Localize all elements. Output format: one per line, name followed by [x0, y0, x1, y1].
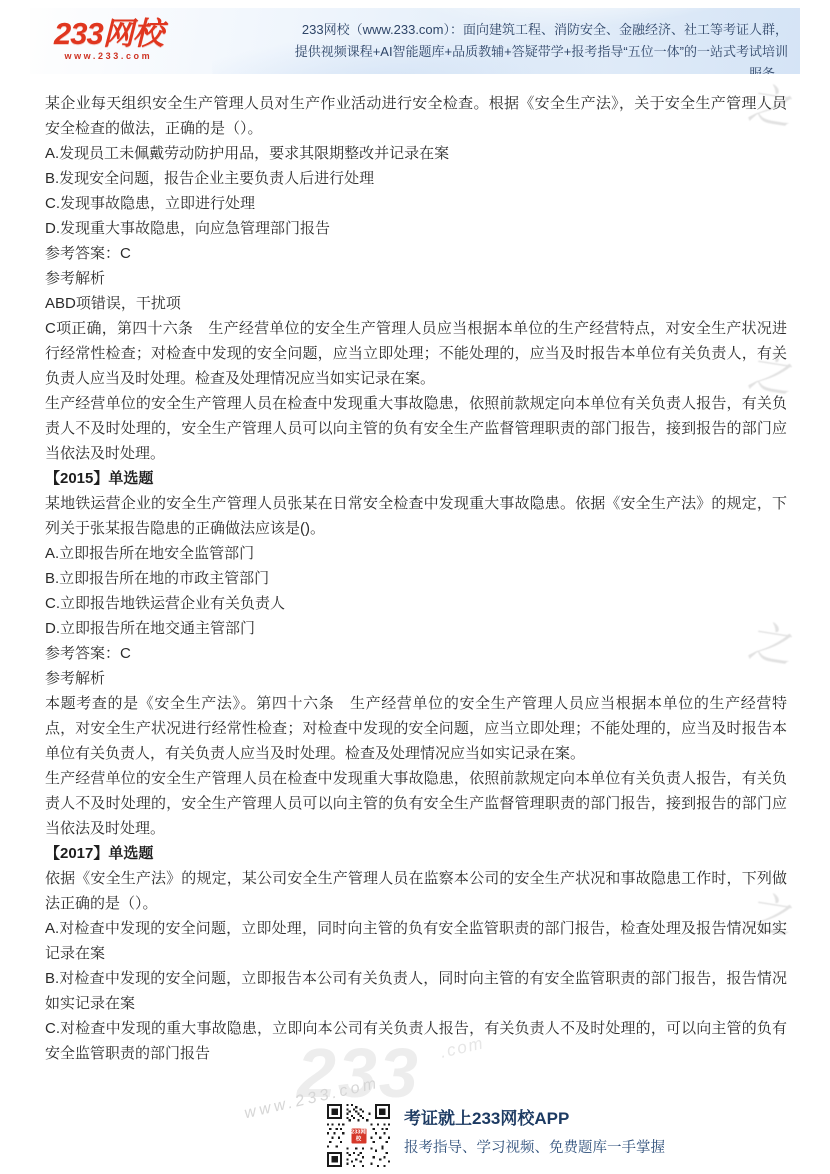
reference-answer: 参考答案：C	[45, 241, 787, 266]
question-option-d: D.发现重大事故隐患，向应急管理部门报告	[45, 216, 787, 241]
site-tagline-line1: 233网校（www.233.com）：面向建筑工程、消防安全、金融经济、社工等考…	[283, 19, 788, 41]
question-option-a: A.发现员工未佩戴劳动防护用品，要求其限期整改并记录在案	[45, 141, 787, 166]
analysis-paragraph: 生产经营单位的安全生产管理人员在检查中发现重大事故隐患，依照前款规定向本单位有关…	[45, 391, 787, 466]
site-tagline-line2: 提供视频课程+AI智能题库+品质教辅+答疑带学+报考指导“五位一体”的一站式考试…	[283, 41, 788, 74]
question-option-c: C.立即报告地铁运营企业有关负责人	[45, 591, 787, 616]
question-option-b: B.发现安全问题，报告企业主要负责人后进行处理	[45, 166, 787, 191]
site-header-banner: 233网校 www.233.com 233网校（www.233.com）：面向建…	[30, 8, 800, 74]
analysis-paragraph: 生产经营单位的安全生产管理人员在检查中发现重大事故隐患，依照前款规定向本单位有关…	[45, 766, 787, 841]
question-option-b: B.对检查中发现的安全问题，立即报告本公司有关负责人，同时向主管的有安全监管职责…	[45, 966, 787, 1016]
analysis-paragraph: C项正确，第四十六条 生产经营单位的安全生产管理人员应当根据本单位的生产经营特点…	[45, 316, 787, 391]
question-option-a: A.对检查中发现的安全问题，立即处理，同时向主管的负有安全监管职责的部门报告，检…	[45, 916, 787, 966]
questions-area: 某企业每天组织安全生产管理人员对生产作业活动进行安全检查。根据《安全生产法》，关…	[45, 91, 787, 1066]
analysis-title: 参考解析	[45, 666, 787, 691]
question-option-c: C.对检查中发现的重大事故隐患，立即向本公司有关负责人报告，有关负责人不及时处理…	[45, 1016, 787, 1066]
analysis-title: 参考解析	[45, 266, 787, 291]
analysis-paragraph: 本题考查的是《安全生产法》。第四十六条 生产经营单位的安全生产管理人员应当根据本…	[45, 691, 787, 766]
site-logo: 233网校 www.233.com	[54, 18, 163, 61]
site-logo-url: www.233.com	[54, 51, 163, 61]
question-stem: 某企业每天组织安全生产管理人员对生产作业活动进行安全检查。根据《安全生产法》，关…	[45, 91, 787, 141]
question-stem: 依据《安全生产法》的规定，某公司安全生产管理人员在监察本公司的安全生产状况和事故…	[45, 866, 787, 916]
question-stem: 某地铁运营企业的安全生产管理人员张某在日常安全检查中发现重大事故隐患。依据《安全…	[45, 491, 787, 541]
question-year-heading: 【2015】单选题	[45, 466, 787, 491]
question-year-heading: 【2017】单选题	[45, 841, 787, 866]
site-tagline: 233网校（www.233.com）：面向建筑工程、消防安全、金融经济、社工等考…	[283, 19, 788, 74]
site-logo-title: 233网校	[54, 18, 163, 50]
question-option-c: C.发现事故隐患，立即进行处理	[45, 191, 787, 216]
question-option-a: A.立即报告所在地安全监管部门	[45, 541, 787, 566]
reference-answer: 参考答案：C	[45, 641, 787, 666]
app-promo-title: 考证就上233网校APP	[404, 1108, 665, 1130]
question-option-b: B.立即报告所在地的市政主管部门	[45, 566, 787, 591]
app-qr-code: 233网校	[327, 1104, 390, 1167]
qr-center-logo: 233网校	[350, 1127, 367, 1144]
app-promo-footer: 233网校 考证就上233网校APP 报考指导、学习视频、免费题库一手掌握	[327, 1104, 665, 1167]
app-promo-subtitle: 报考指导、学习视频、免费题库一手掌握	[404, 1139, 665, 1157]
question-option-d: D.立即报告所在地交通主管部门	[45, 616, 787, 641]
document-page: 233网校 www.233.com 233网校（www.233.com）：面向建…	[0, 0, 830, 1174]
app-promo-text: 考证就上233网校APP 报考指导、学习视频、免费题库一手掌握	[404, 1104, 665, 1157]
analysis-paragraph: ABD项错误，干扰项	[45, 291, 787, 316]
